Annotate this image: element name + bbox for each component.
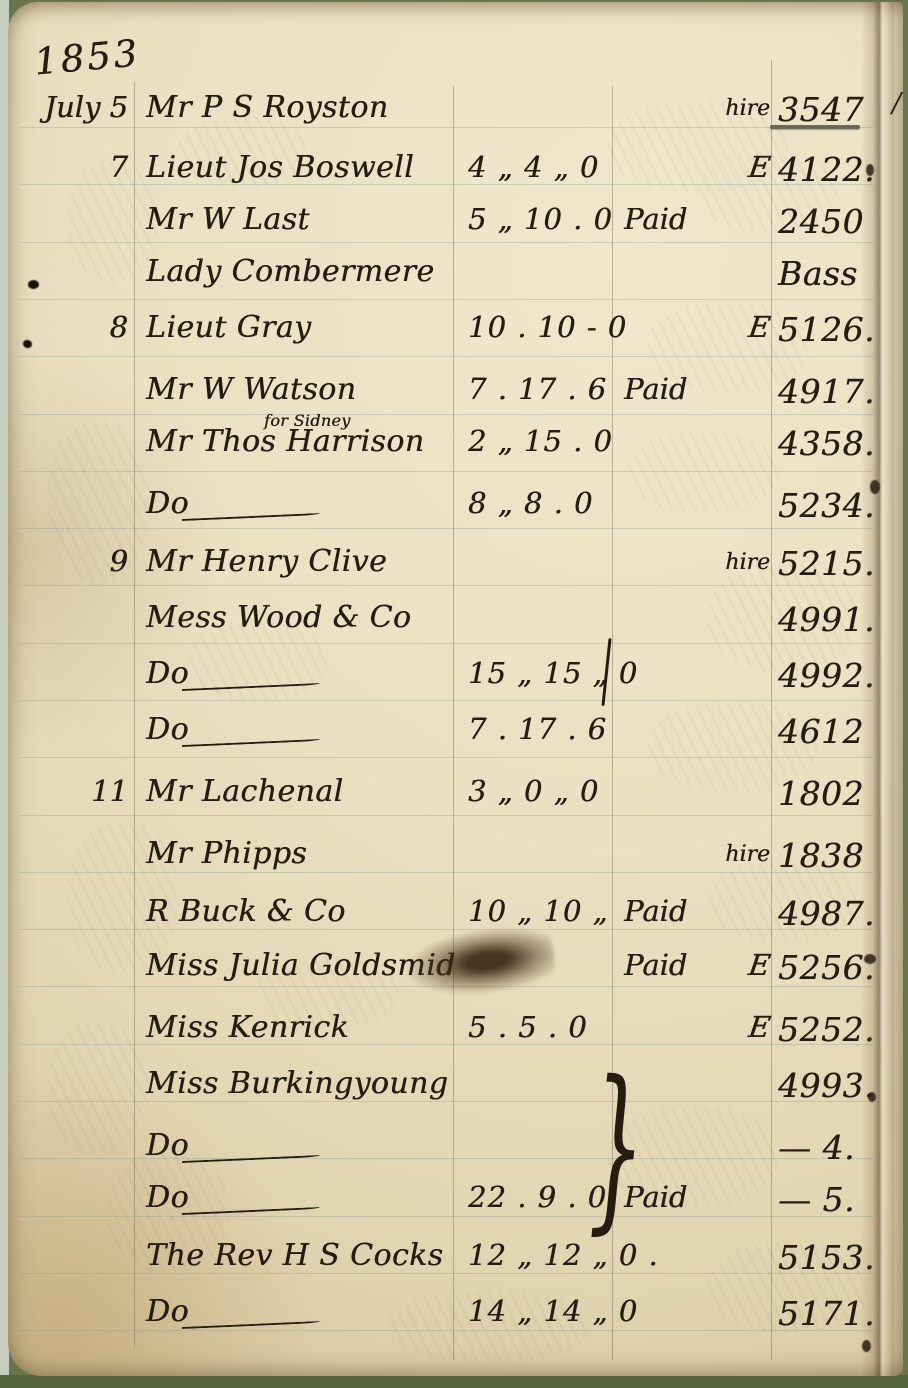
ledger-row: Mr Phippshire1838 bbox=[8, 836, 903, 894]
entry-amount: 4 „ 4 „ 0 bbox=[468, 150, 599, 184]
entry-date: 11 bbox=[24, 774, 128, 808]
ledger-row: Do14 „ 14 „ 05171. bbox=[8, 1294, 903, 1352]
ink-speck bbox=[864, 954, 876, 964]
entry-name: Do bbox=[146, 656, 189, 691]
next-page-mark: / bbox=[892, 88, 901, 119]
entry-prefix: hire bbox=[686, 90, 770, 121]
ink-speck bbox=[866, 164, 874, 176]
ledger-row: July 5Mr P S Roystonhire3547 bbox=[8, 90, 903, 148]
entry-date: 9 bbox=[24, 544, 128, 578]
entry-name: The Rev H S Cocks bbox=[146, 1238, 443, 1273]
entry-serial-number: 4612 bbox=[778, 712, 864, 751]
entry-prefix: E bbox=[684, 150, 773, 184]
entry-amount: 7 . 17 . 6 bbox=[468, 372, 607, 406]
ledger-row: Do22 . 9 . 0Paid— 5. bbox=[8, 1180, 903, 1238]
ink-speck bbox=[868, 1092, 876, 1102]
entry-name: Lieut Gray bbox=[146, 310, 311, 345]
entry-amount: 5 „ 10 . 0 bbox=[468, 202, 613, 236]
ledger-row: Miss Kenrick5 . 5 . 0E5252. bbox=[8, 1010, 903, 1068]
entry-name: Do bbox=[146, 1294, 189, 1329]
entry-prefix: E bbox=[684, 948, 773, 982]
entry-amount: 3 „ 0 „ 0 bbox=[468, 774, 599, 808]
ledger-row: Mr W Watson7 . 17 . 6Paid4917. bbox=[8, 372, 903, 430]
entry-serial-number: — 5. bbox=[778, 1180, 855, 1219]
entry-amount: 10 . 10 - 0 bbox=[468, 310, 627, 344]
paid-annotation: Paid bbox=[624, 1180, 687, 1214]
ledger-row: 11Mr Lachenal3 „ 0 „ 01802 bbox=[8, 774, 903, 832]
ledger-row: Mr W Last5 „ 10 . 0Paid2450 bbox=[8, 202, 903, 260]
entry-amount: 14 „ 14 „ 0 bbox=[468, 1294, 638, 1328]
entry-serial-number: — 4. bbox=[778, 1128, 855, 1167]
entry-amount: 5 . 5 . 0 bbox=[468, 1010, 588, 1044]
ledger-row: Do— 4. bbox=[8, 1128, 903, 1186]
paid-annotation: Paid bbox=[624, 372, 687, 406]
ledger-row: Mess Wood & Co4991. bbox=[8, 600, 903, 658]
entry-serial-number: Bass bbox=[778, 254, 858, 293]
entry-date: 8 bbox=[24, 310, 128, 344]
entry-name: Do bbox=[146, 486, 189, 521]
ledger-row: Do7 . 17 . 64612 bbox=[8, 712, 903, 770]
ledger-row: Lady CombermereBass bbox=[8, 254, 903, 312]
entry-amount: 2 „ 15 . 0 bbox=[468, 424, 613, 458]
ledger-row: 7Lieut Jos Boswell4 „ 4 „ 0E4122. bbox=[8, 150, 903, 208]
entry-date: July 5 bbox=[24, 90, 128, 124]
year-heading: 1853 bbox=[32, 31, 142, 83]
entry-serial-number: 1802 bbox=[778, 774, 864, 813]
entry-name: Mr Henry Clive bbox=[146, 544, 387, 579]
paid-annotation: Paid bbox=[624, 948, 687, 982]
entry-prefix: hire bbox=[686, 544, 770, 575]
paid-annotation: Paid bbox=[624, 202, 687, 236]
ledger-row: Do8 „ 8 . 05234. bbox=[8, 486, 903, 544]
entry-name: Mr W Last bbox=[146, 202, 310, 237]
entry-amount: 22 . 9 . 0 bbox=[468, 1180, 607, 1214]
entry-name: R Buck & Co bbox=[146, 894, 346, 929]
entry-name: Do bbox=[146, 712, 189, 747]
ledger-row: Do15 „ 15 „ 04992. bbox=[8, 656, 903, 714]
entry-name: Mr P S Royston bbox=[146, 90, 388, 125]
ledger-row: Miss Burkingyoung4993. bbox=[8, 1066, 903, 1124]
entry-name: Lady Combermere bbox=[146, 254, 435, 289]
entry-name: Mess Wood & Co bbox=[146, 600, 411, 635]
entry-prefix: E bbox=[684, 1010, 773, 1044]
ledger-row: The Rev H S Cocks12 „ 12 „ 0 .5153. bbox=[8, 1238, 903, 1296]
entry-date: 7 bbox=[24, 150, 128, 184]
entry-serial-number: 3547 bbox=[778, 90, 864, 129]
ledger-row: 8Lieut Gray10 . 10 - 0E5126. bbox=[8, 310, 903, 368]
entry-serial-number: 1838 bbox=[778, 836, 864, 875]
entry-name-note: for Sidney bbox=[264, 411, 350, 430]
entry-amount: 12 „ 12 „ 0 . bbox=[468, 1238, 659, 1272]
entry-amount: 8 „ 8 . 0 bbox=[468, 486, 593, 520]
entry-name: Miss Kenrick bbox=[146, 1010, 349, 1045]
entry-name: Mr Phipps bbox=[146, 836, 307, 871]
binding-fold bbox=[860, 2, 894, 1376]
entry-name: Mr Lachenal bbox=[146, 774, 343, 809]
entry-amount: 15 „ 15 „ 0 bbox=[468, 656, 638, 690]
entry-amount: 7 . 17 . 6 bbox=[468, 712, 607, 746]
entry-prefix: E bbox=[684, 310, 773, 344]
entry-name: Miss Burkingyoung bbox=[146, 1066, 448, 1101]
ledger-row: 9Mr Henry Clivehire5215. bbox=[8, 544, 903, 602]
entry-name: Lieut Jos Boswell bbox=[146, 150, 414, 185]
entry-prefix: hire bbox=[686, 836, 770, 867]
entry-name: Mr W Watson bbox=[146, 372, 356, 407]
entry-name: Do bbox=[146, 1180, 189, 1215]
ledger-row: Mr Thos Harrisonfor Sidney2 „ 15 . 04358… bbox=[8, 424, 903, 482]
ledger-page: 1853 } / July 5Mr P S Roystonhire35477Li… bbox=[8, 2, 903, 1376]
ink-speck bbox=[870, 480, 880, 494]
entry-serial-number: 2450 bbox=[778, 202, 864, 241]
entry-name: Do bbox=[146, 1128, 189, 1163]
paid-annotation: Paid bbox=[624, 894, 687, 928]
ink-speck bbox=[862, 1340, 871, 1352]
